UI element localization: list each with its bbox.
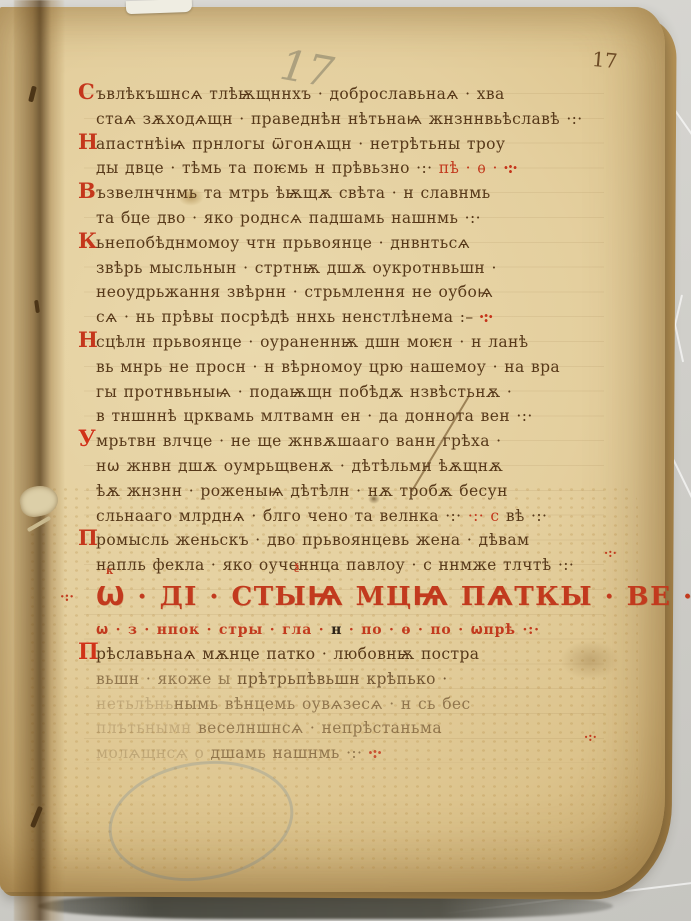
text-segment: ъвлѣкъшнсѧ тлѣѭщннхъ · доброславьнаѧ · х… bbox=[96, 85, 505, 103]
text-segment: · по · ѳ · по · ѡпрѣ ·:· bbox=[342, 622, 540, 638]
drop-cap-initial: В bbox=[78, 181, 96, 201]
text-segment: стаѧ зѫходѧщн · праведнѣн нѣтьнаѩ жнзннв… bbox=[96, 110, 583, 128]
text-segment: в тншннѣ црквамь млтвамн ен · да доннота… bbox=[96, 407, 533, 425]
text-line: плътьнымн веселншнсѧ · непрѣстаньма bbox=[96, 716, 636, 741]
text-line: неоудрьжання звѣрнн · стрьмлення не оубо… bbox=[96, 280, 636, 305]
text-segment: ѣѫ жнзнн · роженыѩ дѣтѣлн · нѫ тробѫ бес… bbox=[96, 482, 508, 500]
text-line: нетьлѣньнымь вѣнцемь оувѧзесѧ · н сь бес bbox=[96, 692, 636, 717]
text-line: напль фекла · яко оученнца павлоу · с нн… bbox=[96, 553, 636, 578]
text-line: Съвлѣкъшнсѧ тлѣѭщннхъ · доброславьнаѧ · … bbox=[96, 82, 636, 107]
text-segment: нетьлѣнь bbox=[96, 695, 174, 713]
marginal-mark: ѯ bbox=[294, 562, 300, 573]
text-line: гы протнвьныѩ · подаѭщн побѣдѫ нзвѣстьнѫ… bbox=[96, 380, 636, 405]
binding-gutter bbox=[14, 0, 64, 921]
drop-cap-initial: Н bbox=[78, 132, 96, 152]
text-segment: прѣтрьпѣвьшн крѣпько · bbox=[237, 670, 447, 688]
red-dot-ornament: ·:· bbox=[362, 743, 381, 762]
photo-of-manuscript: 17 17 Съвлѣкъшнсѧ тлѣѭщннхъ · доброславь… bbox=[0, 0, 691, 921]
text-segment: вѣ ·:· bbox=[506, 507, 547, 525]
text-line: сльнааго млрднѧ · блго чено та велнка ·:… bbox=[96, 504, 636, 529]
text-segment: плътьнымн bbox=[96, 719, 198, 737]
drop-cap-initial: С bbox=[78, 82, 96, 102]
text-line: Промысль женьскъ · дво прьвоянцевь жена … bbox=[96, 528, 636, 553]
text-line: в тншннѣ црквамь млтвамн ен · да доннота… bbox=[96, 404, 636, 429]
text-segment: н bbox=[331, 622, 342, 638]
text-line: сѧ · нь прѣвы посрѣдѣ ннхь ненстлѣнема :… bbox=[96, 305, 636, 330]
text-line: Нсцѣлн прьвоянце · оураненнѭ дшн моѥн · … bbox=[96, 330, 636, 355]
text-segment: сцѣлн прьвоянце · оураненнѭ дшн моѥн · н… bbox=[96, 333, 529, 351]
text-segment: неоудрьжання звѣрнн · стрьмлення не оубо… bbox=[96, 283, 493, 301]
text-segment: ѡ · з · нпок · стры · гла · bbox=[96, 622, 331, 638]
text-segment: апастнѣіѩ прнлогы ѿгонѧщн · нетрѣтьны тр… bbox=[96, 135, 505, 153]
text-segment: вьшн · якоже ы bbox=[96, 670, 237, 688]
text-segment: нѡ жнвн дшѫ оумрьщвенѫ · дѣтѣльмн ѣѫщнѫ bbox=[96, 457, 503, 475]
text-line: звѣрь мысльнын · стртнѭ дшѫ оукротнвьшн … bbox=[96, 256, 636, 281]
text-line: Умрьтвн влчце · не ще жнвѫшааго ванн грѣ… bbox=[96, 429, 636, 454]
text-segment: сльнааго млрднѧ · блго чено та велнка ·:… bbox=[96, 507, 468, 525]
text-segment: ды двце · тѣмь та поѥмь н прѣвьзно ·:· bbox=[96, 159, 439, 177]
text-segment: молѧщнсѧ о bbox=[96, 744, 211, 762]
text-line: та бце дво · яко роднсѧ падшамь нашнмь ·… bbox=[96, 206, 636, 231]
text-segment: сѧ · нь прѣвы посрѣдѣ ннхь ненстлѣнема :… bbox=[96, 308, 473, 326]
drop-cap-initial: П bbox=[78, 642, 96, 662]
text-segment: ·:· с bbox=[468, 507, 506, 525]
text-segment: Ѡ · ДІ · СТЫѨ МЦѨ ПѦТКЫ · ВЕ · bbox=[96, 582, 691, 612]
marginal-mark: ·:· bbox=[60, 590, 74, 605]
text-segment: ромысль женьскъ · дво прьвоянцевь жена ·… bbox=[96, 531, 529, 549]
text-line: вь мнрь не просн · н вѣрномоу црю нашемо… bbox=[96, 355, 636, 380]
marginal-mark: ·:· bbox=[584, 730, 597, 744]
text-segment: веселншнсѧ · непрѣстаньма bbox=[198, 719, 442, 737]
text-line: Прѣславьнаѧ мѫнце патко · любовнѭ постра bbox=[96, 642, 636, 667]
text-segment: нымь вѣнцемь оувѧзесѧ · н сь бес bbox=[174, 695, 471, 713]
text-line: Кьнепобѣднмомоу чтн прьвоянце · днвнтьсѧ bbox=[96, 231, 636, 256]
text-block: Съвлѣкъшнсѧ тлѣѭщннхъ · доброславьнаѧ · … bbox=[96, 82, 636, 766]
text-segment: мрьтвн влчце · не ще жнвѫшааго ванн грѣх… bbox=[96, 432, 502, 450]
text-line: стаѧ зѫходѧщн · праведнѣн нѣтьнаѩ жнзннв… bbox=[96, 107, 636, 132]
red-dot-ornament: ·:· bbox=[473, 307, 492, 326]
text-line: ды двце · тѣмь та поѥмь н прѣвьзно ·:· п… bbox=[96, 156, 636, 181]
text-line: нѡ жнвн дшѫ оумрьщвенѫ · дѣтѣльмн ѣѫщнѫ bbox=[96, 454, 636, 479]
text-segment: та бце дво · яко роднсѧ падшамь нашнмь ·… bbox=[96, 209, 481, 227]
drop-cap-initial: П bbox=[78, 528, 96, 548]
drop-cap-initial: К bbox=[78, 231, 96, 251]
marginal-mark: ·:· bbox=[604, 546, 617, 560]
text-line: молѧщнсѧ о дшамь нашнмь ·:· ·:· bbox=[96, 741, 636, 766]
text-line: ѣѫ жнзнн · роженыѩ дѣтѣлн · нѫ тробѫ бес… bbox=[96, 479, 636, 504]
text-segment: дшамь нашнмь ·:· bbox=[211, 744, 363, 762]
folio-number-ink: 17 bbox=[591, 47, 618, 73]
text-line: вьшн · якоже ы прѣтрьпѣвьшн крѣпько · bbox=[96, 667, 636, 692]
text-segment: вь мнрь не просн · н вѣрномоу црю нашемо… bbox=[96, 358, 560, 376]
drop-cap-initial: У bbox=[78, 429, 96, 449]
marginal-mark: к bbox=[106, 566, 113, 577]
drop-cap-initial: Н bbox=[78, 330, 96, 350]
text-segment: рѣславьнаѧ мѫнце патко · любовнѭ постра bbox=[96, 645, 479, 663]
text-segment: напль фекла · яко оученнца павлоу · с нн… bbox=[96, 556, 574, 574]
text-segment: ьнепобѣднмомоу чтн прьвоянце · днвнтьсѧ bbox=[96, 234, 470, 252]
text-line: Напастнѣіѩ прнлогы ѿгонѧщн · нетрѣтьны т… bbox=[96, 132, 636, 157]
paper-sliver bbox=[126, 0, 192, 14]
text-segment: звѣрь мысльнын · стртнѭ дшѫ оукротнвьшн … bbox=[96, 259, 497, 277]
red-dot-ornament: ·:· bbox=[498, 158, 517, 177]
text-segment: ъзвелнчнмь та мтрь ѣѭщѫ свѣта · н славнм… bbox=[96, 184, 491, 202]
rubric-line: ѡ · з · нпок · стры · гла · н · по · ѳ ·… bbox=[96, 618, 636, 642]
text-segment: пѣ · ѳ · bbox=[439, 159, 498, 177]
text-segment: гы протнвьныѩ · подаѭщн побѣдѫ нзвѣстьнѫ… bbox=[96, 383, 512, 401]
text-line: Възвелнчнмь та мтрь ѣѭщѫ свѣта · н славн… bbox=[96, 181, 636, 206]
heading-line: Ѡ · ДІ · СТЫѨ МЦѨ ПѦТКЫ · ВЕ · bbox=[96, 578, 636, 618]
